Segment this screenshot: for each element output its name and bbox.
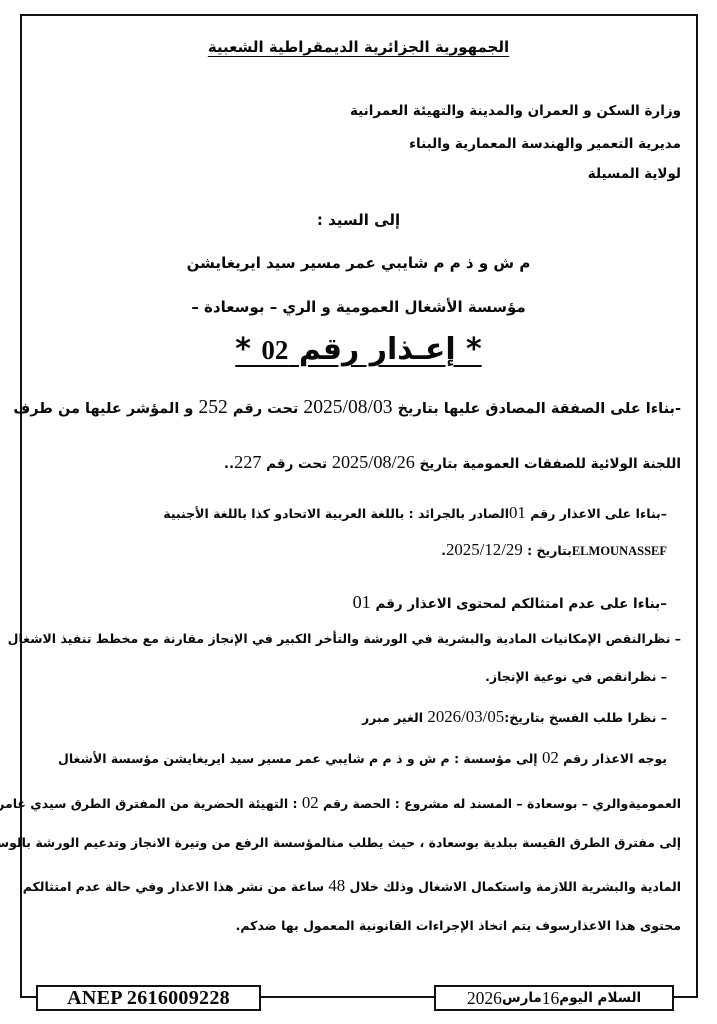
paragraph-6: – نظرالنقص الإمكانيات المادية والبشرية ف… bbox=[8, 631, 681, 646]
paragraph-8: – نظرا طلب الفسخ بتاريخ:2026/03/05 الغير… bbox=[362, 707, 667, 727]
recipient-salutation: إلى السيد : bbox=[0, 211, 717, 229]
recipient-company: م ش و ذ م م شايبي عمر مسير سيد ايريغايشن bbox=[0, 254, 717, 272]
paragraph-10: العموميةوالري – بوسعادة – المسند له مشرو… bbox=[0, 793, 681, 813]
directorate-name: مديرية التعمير والهندسة المعمارية والبنا… bbox=[409, 136, 681, 152]
newspaper-name: ELMOUNASSEF bbox=[572, 544, 667, 558]
ministry-name: وزارة السكن و العمران والمدينة والتهيئة … bbox=[350, 103, 681, 119]
paragraph-3: –بناءا على الاعذار رقم 01الصادر بالجرائد… bbox=[163, 503, 667, 523]
paragraph-9: يوجه الاعذار رقم 02 إلى مؤسسة : م ش و ذ … bbox=[58, 748, 667, 768]
republic-heading: الجمهورية الجزائرية الديمقراطية الشعبية bbox=[0, 38, 717, 56]
notice-title: * إعـذار رقم 02 * bbox=[0, 332, 717, 367]
paragraph-1: -بناءا على الصفقة المصادق عليها بتاريخ 2… bbox=[13, 397, 681, 419]
notice-number: 02 bbox=[261, 335, 288, 365]
paragraph-2: اللجنة الولائية للصفقات العمومية بتاريخ … bbox=[224, 452, 681, 473]
wilaya-name: لولاية المسيلة bbox=[588, 166, 681, 182]
paragraph-4: ELMOUNASSEFبتاريخ : 2025/12/29. bbox=[441, 540, 667, 560]
paragraph-7: – نظرانقص في نوعية الإنجاز. bbox=[485, 669, 667, 684]
paragraph-13: محتوى هذا الاعذارسوف يتم اتخاذ الإجراءات… bbox=[236, 918, 681, 933]
publication-date: السلام اليوم 16 مارس 2026 bbox=[434, 985, 674, 1011]
paragraph-5: –بناءا على عدم امتثالكم لمحتوى الاعذار ر… bbox=[353, 592, 667, 613]
paragraph-11: إلى مفترق الطرق القيسة ببلدية بوسعادة ، … bbox=[0, 835, 681, 850]
recipient-company-line2: مؤسسة الأشغال العمومية و الري – بوسعادة … bbox=[0, 298, 717, 316]
anep-reference: ANEP 2616009228 bbox=[36, 985, 261, 1011]
paragraph-12: المادية والبشرية اللازمة واستكمال الاشغا… bbox=[23, 876, 681, 896]
